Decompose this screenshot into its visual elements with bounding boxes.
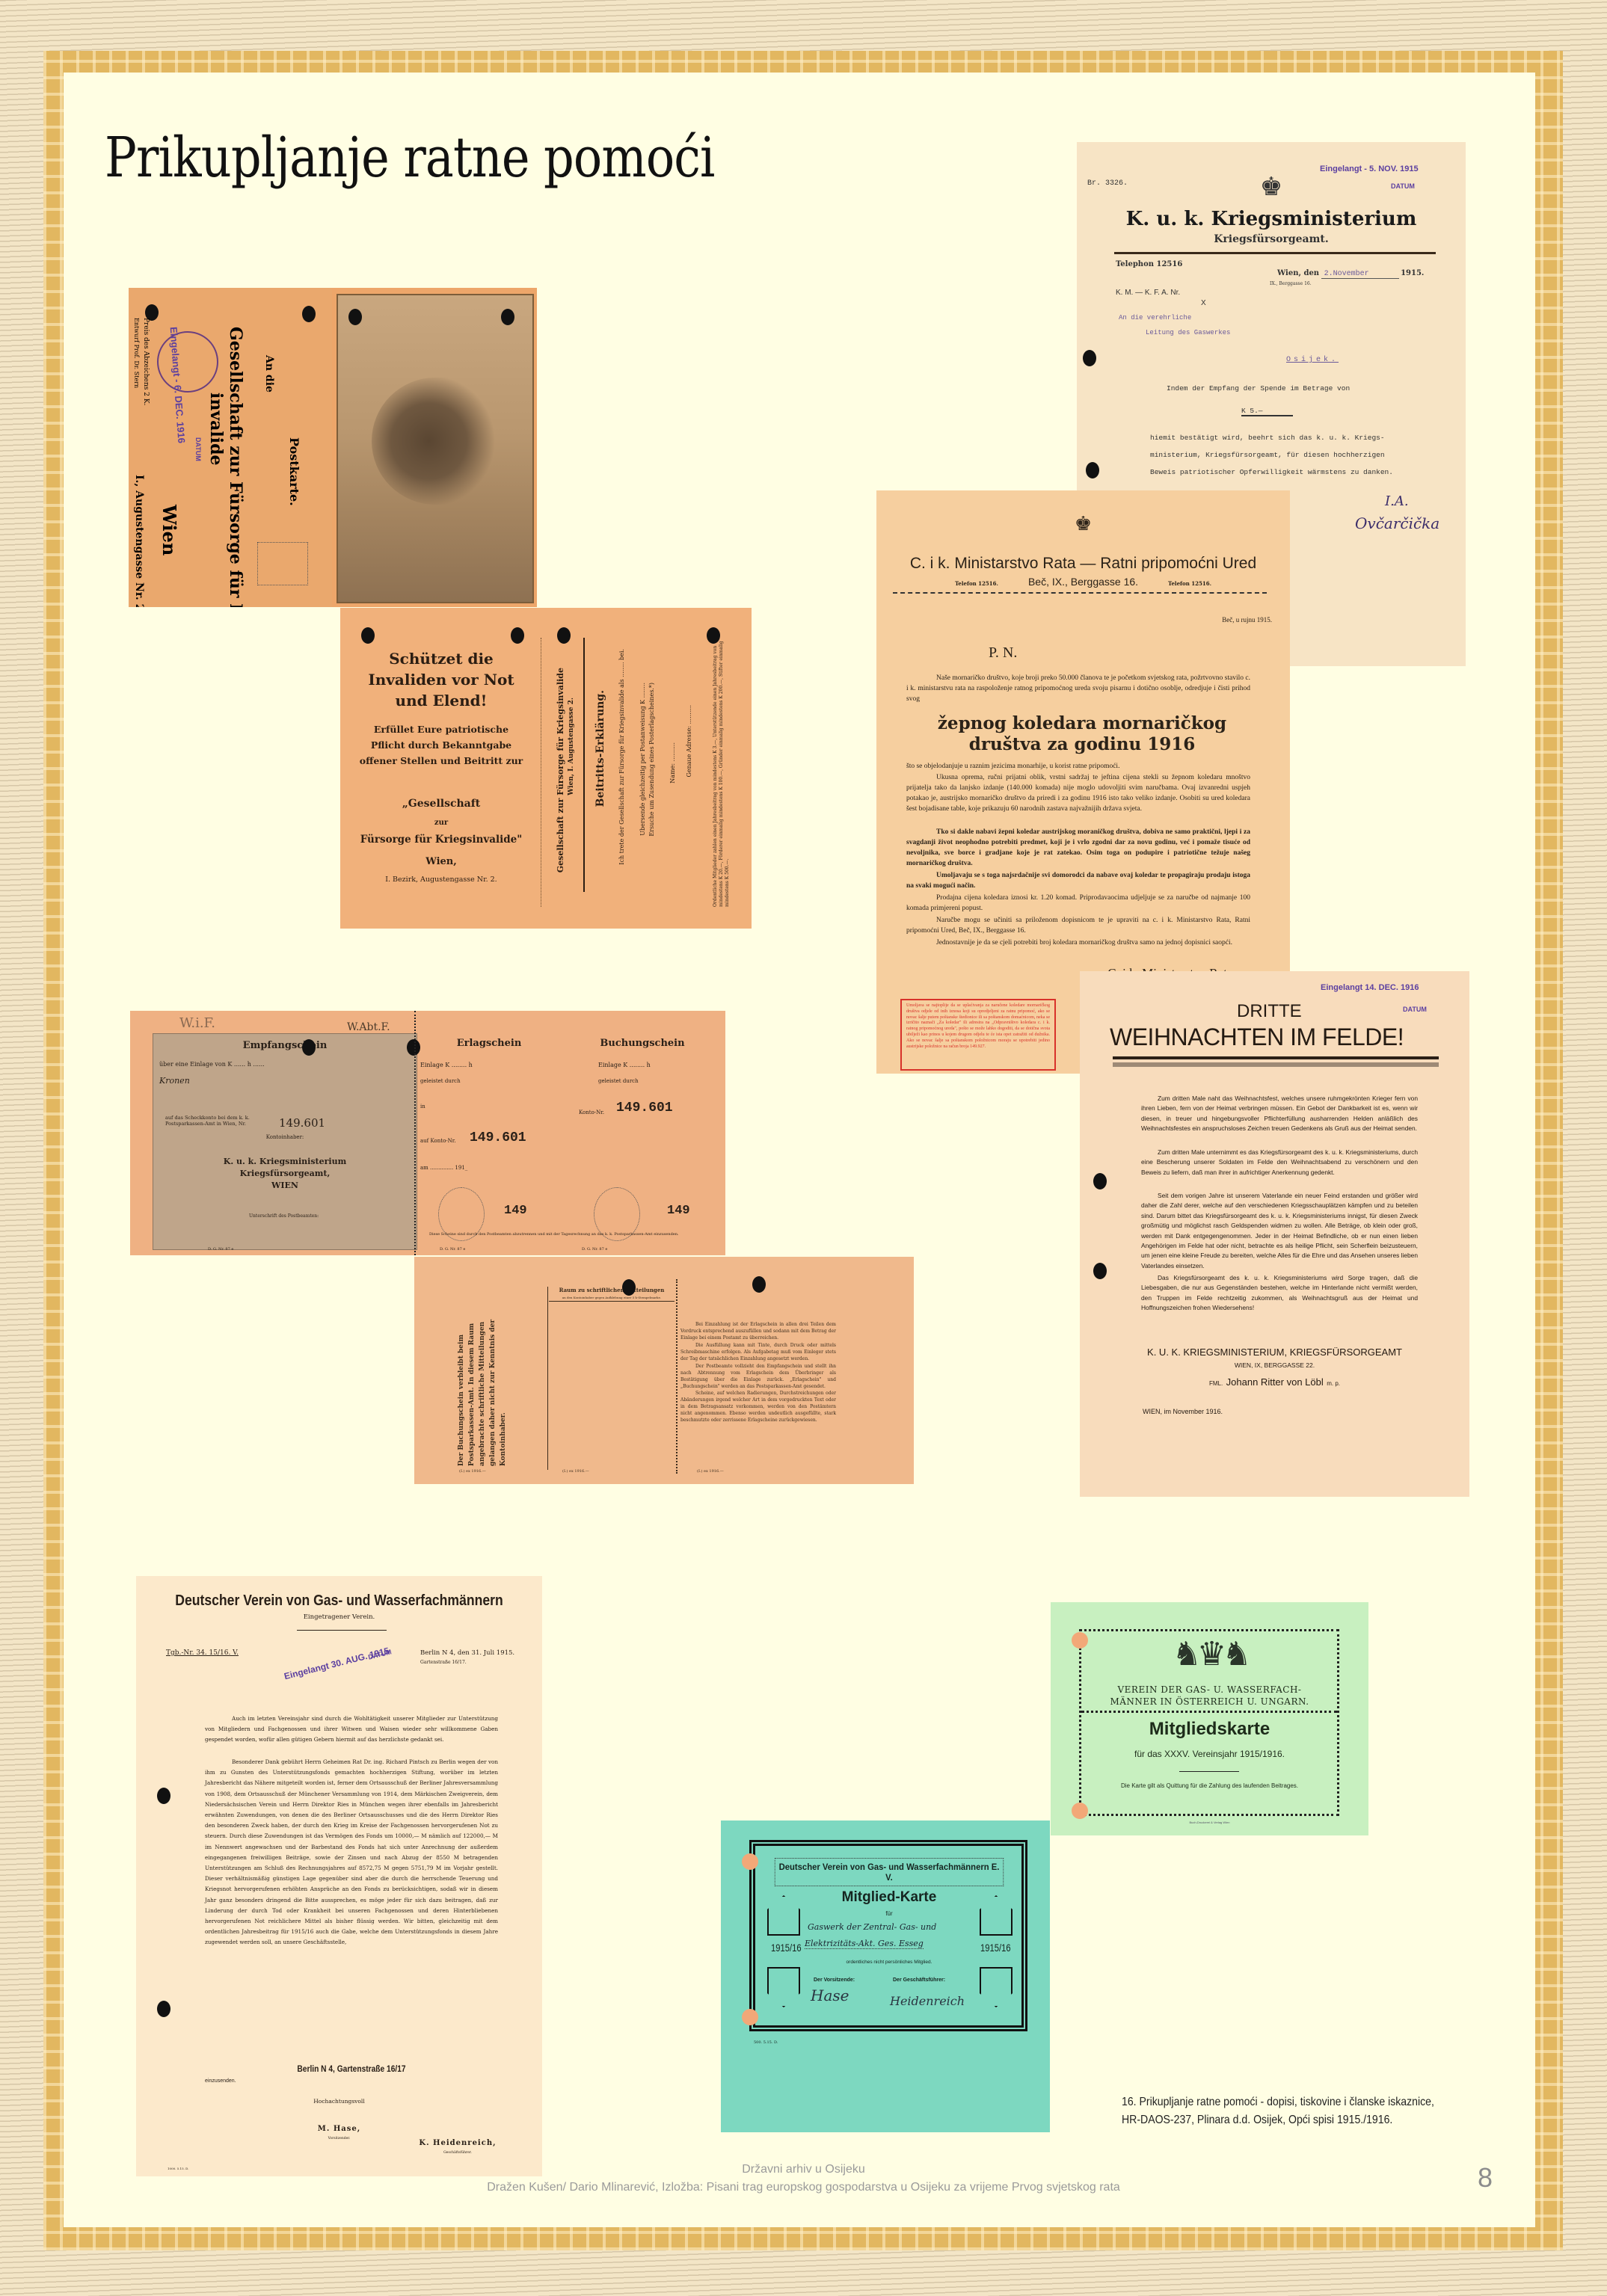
divider [1113,1056,1439,1059]
exhibit-caption: 16. Prikupljanje ratne pomoći - dopisi, … [1122,2093,1434,2129]
divider [893,592,1267,594]
footer-institution: Državni arhiv u Osijeku [0,2163,1607,2176]
coat-of-arms-icon: ♞♛♞ [1051,1635,1368,1673]
punch-hole [157,2001,170,2017]
punch-hole [1072,1803,1088,1819]
divider [297,1630,387,1631]
card-title: Mitglied-Karte [796,1889,983,1906]
eagle-crest-icon: ♚ [1077,172,1466,202]
red-notice-box: Umoljava se najtoplije da se uplaćivanja… [900,999,1056,1071]
punch-hole [501,309,514,325]
membership-appeal-card: Schützet die Invaliden vor Not und Elend… [340,608,752,929]
card-title: Mitgliedskarte [1051,1719,1368,1740]
divider [583,638,585,892]
divider [1113,1062,1439,1067]
stamp-box [257,542,308,585]
christmas-appeal-leaflet: Eingelangt 14. DEC. 1916 DATUM DRITTE WE… [1080,971,1469,1497]
receipt-section: Empfangschein über eine Einlage von K ..… [153,1033,417,1250]
page-title: Prikupljanje ratne pomoći [105,126,715,190]
punch-hole [557,627,571,644]
perforation [541,638,541,907]
punch-hole [742,1853,758,1870]
appeal-headline: Schützet die Invaliden vor Not und Elend… [355,648,527,711]
divider [1179,1771,1239,1772]
headline: žepnog koledara mornaričkog društva za g… [899,713,1265,755]
membership-card-austria: ♞♛♞ VEREIN DER GAS- U. WASSERFACH- MÄNNE… [1051,1602,1368,1835]
horse-rider-image [372,378,499,505]
punch-hole [157,1788,170,1804]
punch-hole [511,627,524,644]
membership-card-germany: Deutscher Verein von Gas- und Wasserfach… [721,1821,1050,2132]
signature: Hase [811,1986,849,2004]
punch-hole [622,1279,636,1296]
perforation [676,1279,677,1474]
handwritten-member: Gaswerk der Zentral- Gas- und [808,1922,936,1932]
signature: Ovčarčička [1355,514,1439,532]
punch-hole [752,1276,766,1293]
footer-credit: Dražen Kušen/ Dario Mlinarević, Izložba:… [0,2181,1607,2194]
punch-hole [302,1039,316,1056]
punch-hole [348,309,362,325]
received-stamp: Eingelangt 14. DEC. 1916 [1321,983,1419,992]
divider [547,1287,548,1470]
punch-hole [302,306,316,322]
signature: Heidenreich [890,1994,965,2008]
eagle-crest-icon: ♚ [876,513,1290,535]
divider [1081,1711,1337,1713]
gas-association-letter: Deutscher Verein von Gas- und Wasserfach… [136,1576,542,2176]
punch-hole [1086,462,1099,478]
society-seal-icon [157,331,218,393]
divider [1114,252,1436,254]
received-stamp: Eingelangt 30. AUG. 1915 [283,1646,390,1681]
postcard-front: Eingelangt - 6. DEC. 1916 DATUM Entwurf … [129,288,537,607]
postal-payment-slip-back: Der Buchungschein verbleibt beim Postspa… [414,1257,914,1484]
punch-hole [361,627,375,644]
postcard-address-side: Eingelangt - 6. DEC. 1916 DATUM Entwurf … [129,288,332,607]
page-number: 8 [1478,2162,1493,2194]
postal-payment-slip-front: W.i.F. W.Abt.F. Empfangschein über eine … [130,1011,725,1255]
punch-hole [1083,350,1096,366]
cavalry-illustration [337,294,534,603]
punch-hole [1093,1263,1107,1279]
leaflet-title: WEIHNACHTEN IM FELDE! [1110,1024,1404,1051]
punch-hole [742,2009,758,2025]
signature: I.A. [1385,493,1409,509]
punch-hole [1093,1173,1107,1189]
